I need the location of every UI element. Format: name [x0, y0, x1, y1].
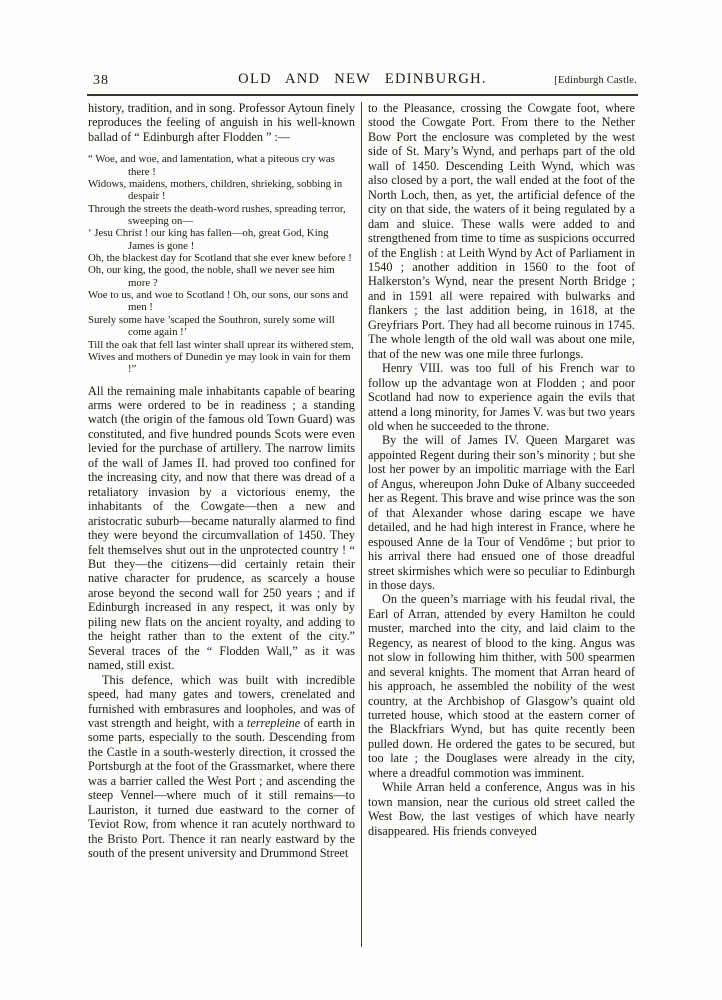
paragraph: history, tradition, and in song. Profess…: [88, 101, 355, 144]
paragraph: By the will of James IV. Queen Margaret …: [368, 433, 635, 592]
poem-line: ‘ Jesu Christ ! our king has fallen—oh, …: [88, 227, 355, 252]
paragraph: Henry VIII. was too full of his French w…: [368, 361, 635, 433]
poem-line: Through the streets the death-word rushe…: [88, 203, 355, 228]
column-divider: [361, 102, 362, 947]
flodden-ballad-poem: “ Woe, and woe, and lamentation, what a …: [88, 153, 355, 375]
paragraph: While Arran held a conference, Angus was…: [368, 780, 635, 838]
text-run: history, tradition, and in song. Profess…: [88, 101, 355, 144]
paragraph: This defence, which was built with incre…: [88, 673, 355, 861]
book-page: 38 OLD AND NEW EDINBURGH. [Edinburgh Cas…: [0, 0, 722, 1000]
paragraph: On the queen’s marriage with his feudal …: [368, 592, 635, 780]
right-paragraph-group: to the Pleasance, crossing the Cowgate f…: [368, 101, 635, 838]
text-run: On the queen’s marriage with his feudal …: [368, 592, 635, 779]
text-run: to the Pleasance, crossing the Cowgate f…: [368, 101, 635, 361]
text-columns: history, tradition, and in song. Profess…: [88, 101, 637, 951]
paragraph: to the Pleasance, crossing the Cowgate f…: [368, 101, 635, 361]
poem-line: Woe to us, and woe to Scotland ! Oh, our…: [88, 289, 355, 314]
page-header: 38 OLD AND NEW EDINBURGH. [Edinburgh Cas…: [88, 71, 637, 93]
text-run: of earth in some parts, especially to th…: [88, 716, 355, 860]
poem-line: Oh, the blackest day for Scotland that s…: [88, 252, 355, 264]
poem-line: “ Woe, and woe, and lamentation, what a …: [88, 153, 355, 178]
running-head: [Edinburgh Castle.: [554, 75, 637, 86]
poem-line: Wives and mothers of Dunedin ye may look…: [88, 351, 355, 376]
poem-line: Till the oak that fell last winter shall…: [88, 339, 355, 351]
poem-line: Surely some have ’scaped the Southron, s…: [88, 314, 355, 339]
poem-line: Oh, our king, the good, the noble, shall…: [88, 264, 355, 289]
italic-term: terrepleine: [247, 716, 300, 730]
paragraph: All the remaining male inhabitants capab…: [88, 384, 355, 673]
text-run: All the remaining male inhabitants capab…: [88, 384, 355, 673]
left-paragraph-group: All the remaining male inhabitants capab…: [88, 384, 355, 861]
text-run: While Arran held a conference, Angus was…: [368, 780, 635, 837]
poem-line: Widows, maidens, mothers, children, shri…: [88, 178, 355, 203]
left-column: history, tradition, and in song. Profess…: [88, 101, 355, 951]
right-column: to the Pleasance, crossing the Cowgate f…: [368, 101, 635, 951]
intro-paragraph-group: history, tradition, and in song. Profess…: [88, 101, 355, 144]
header-rule: [87, 94, 638, 96]
text-run: Henry VIII. was too full of his French w…: [368, 361, 635, 433]
text-run: By the will of James IV. Queen Margaret …: [368, 433, 635, 592]
